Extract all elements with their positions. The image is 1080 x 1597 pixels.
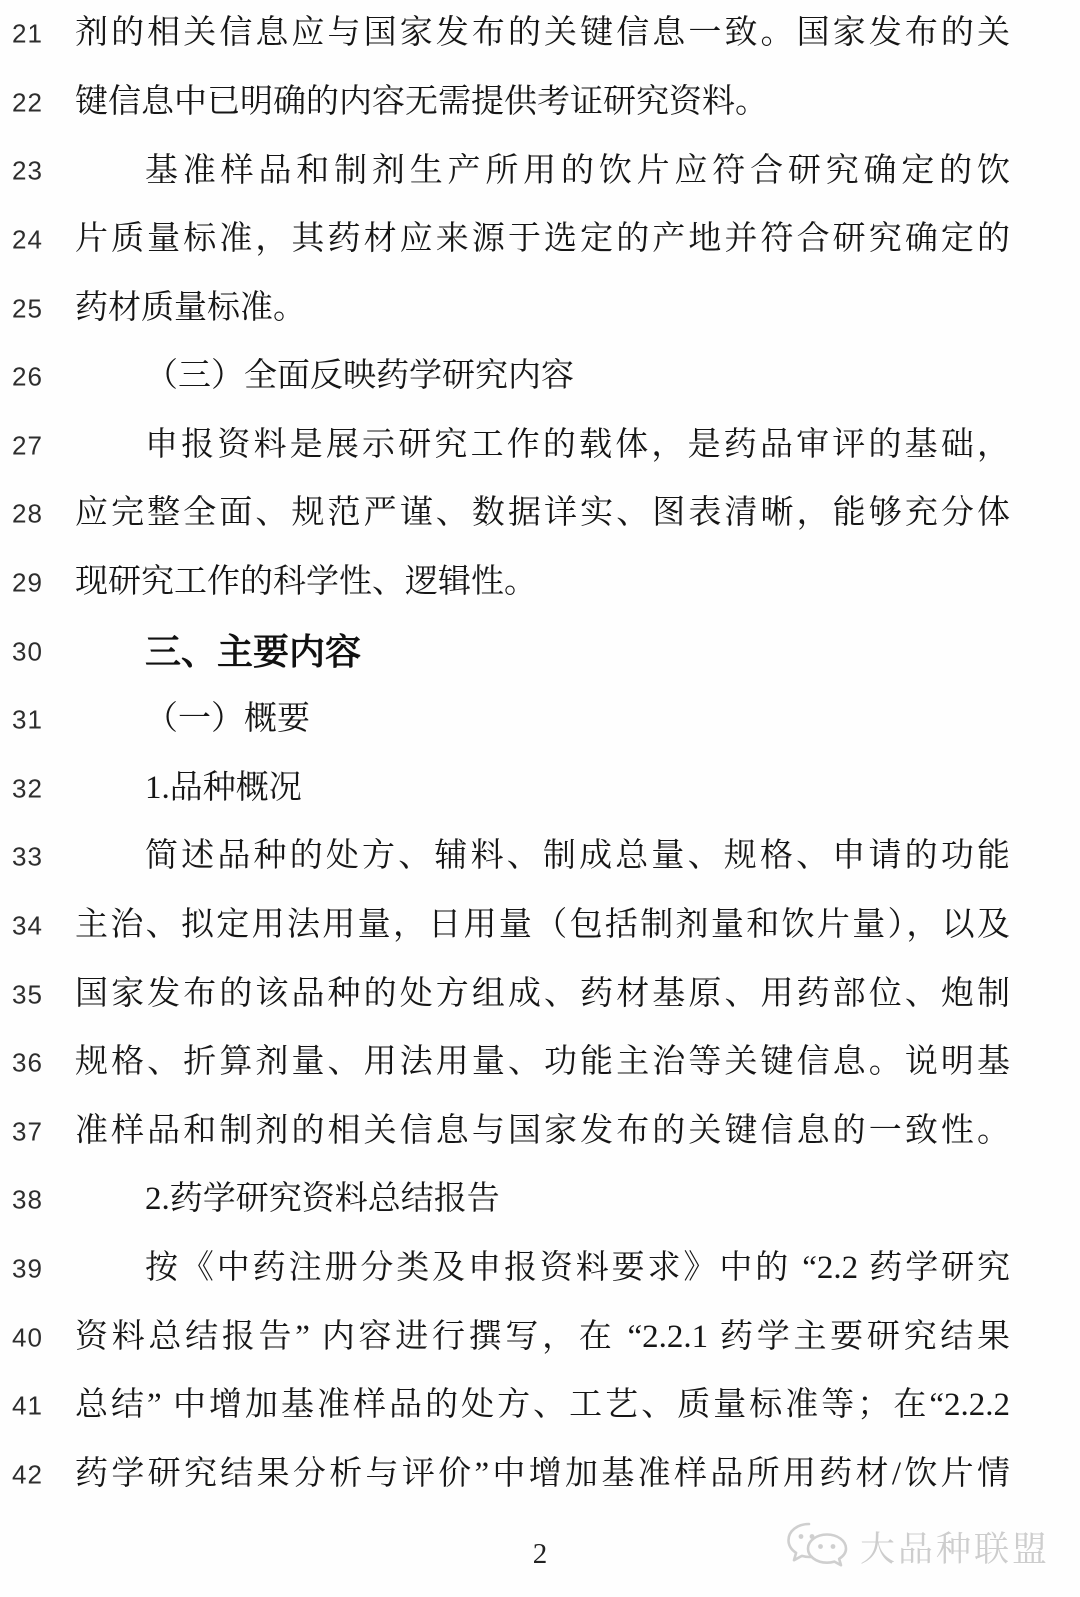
line-text: 药学研究结果分析与评价”中增加基准样品所用药材/饮片情 — [75, 1456, 1010, 1494]
text-line: 27 申报资料是展示研究工作的载体，是药品审评的基础， — [0, 412, 1080, 481]
line-text: 资料总结报告” 内容进行撰写，在 “2.2.1 药学主要研究结果 — [75, 1319, 1010, 1357]
line-number: 21 — [12, 19, 43, 50]
line-number: 32 — [12, 773, 43, 804]
text-line: 38 2.药学研究资料总结报告 — [0, 1166, 1080, 1235]
text-line: 41 总结” 中增加基准样品的处方、工艺、质量标准等；在“2.2.2 — [0, 1372, 1080, 1441]
text-line: 37 准样品和制剂的相关信息与国家发布的关键信息的一致性。 — [0, 1098, 1080, 1167]
text-line: 30 三、主要内容 — [0, 617, 1080, 686]
line-text: 现研究工作的科学性、逻辑性。 — [75, 564, 1010, 602]
line-number: 22 — [12, 87, 43, 118]
line-text: （一）概要 — [75, 701, 1010, 739]
line-text: 应完整全面、规范严谨、数据详实、图表清晰，能够充分体 — [75, 495, 1010, 533]
line-number: 40 — [12, 1322, 43, 1353]
text-line: 22 键信息中已明确的内容无需提供考证研究资料。 — [0, 69, 1080, 138]
text-line: 26 （三）全面反映药学研究内容 — [0, 343, 1080, 412]
line-number: 36 — [12, 1048, 43, 1079]
text-line: 24 片质量标准，其药材应来源于选定的产地并符合研究确定的 — [0, 206, 1080, 275]
text-line: 32 1.品种概况 — [0, 755, 1080, 824]
line-text: 1.品种概况 — [75, 770, 1010, 808]
text-line: 34 主治、拟定用法用量，日用量（包括制剂量和饮片量），以及 — [0, 892, 1080, 961]
line-text: 剂的相关信息应与国家发布的关键信息一致。国家发布的关 — [75, 15, 1010, 53]
line-text: 键信息中已明确的内容无需提供考证研究资料。 — [75, 84, 1010, 122]
wechat-bubbles-icon — [786, 1521, 850, 1573]
text-line: 39 按《中药注册分类及申报资料要求》中的 “2.2 药学研究 — [0, 1235, 1080, 1304]
line-number: 23 — [12, 156, 43, 187]
line-number: 29 — [12, 568, 43, 599]
text-line: 31 （一）概要 — [0, 686, 1080, 755]
line-number: 33 — [12, 842, 43, 873]
line-number: 35 — [12, 979, 43, 1010]
document-body: 21 剂的相关信息应与国家发布的关键信息一致。国家发布的关 22 键信息中已明确… — [0, 0, 1080, 1509]
line-text: 基准样品和制剂生产所用的饮片应符合研究确定的饮 — [75, 153, 1010, 191]
line-number: 42 — [12, 1459, 43, 1490]
text-line: 35 国家发布的该品种的处方组成、药材基原、用药部位、炮制 — [0, 960, 1080, 1029]
line-number: 41 — [12, 1391, 43, 1422]
line-text: 药材质量标准。 — [75, 290, 1010, 328]
line-text: 三、主要内容 — [75, 631, 1010, 672]
line-number: 27 — [12, 430, 43, 461]
line-text: 片质量标准，其药材应来源于选定的产地并符合研究确定的 — [75, 221, 1010, 259]
page-footer: 2 大品种联盟 — [0, 1507, 1080, 1597]
text-line: 29 现研究工作的科学性、逻辑性。 — [0, 549, 1080, 618]
line-text: 规格、折算剂量、用法用量、功能主治等关键信息。说明基 — [75, 1044, 1010, 1082]
line-number: 26 — [12, 362, 43, 393]
line-number: 39 — [12, 1253, 43, 1284]
line-number: 30 — [12, 636, 43, 667]
line-number: 31 — [12, 705, 43, 736]
watermark-label: 大品种联盟 — [860, 1522, 1050, 1572]
text-line: 28 应完整全面、规范严谨、数据详实、图表清晰，能够充分体 — [0, 480, 1080, 549]
line-number: 38 — [12, 1185, 43, 1216]
line-number: 34 — [12, 911, 43, 942]
text-line: 25 药材质量标准。 — [0, 274, 1080, 343]
text-line: 36 规格、折算剂量、用法用量、功能主治等关键信息。说明基 — [0, 1029, 1080, 1098]
line-text: （三）全面反映药学研究内容 — [75, 358, 1010, 396]
line-number: 25 — [12, 293, 43, 324]
line-number: 24 — [12, 225, 43, 256]
line-text: 按《中药注册分类及申报资料要求》中的 “2.2 药学研究 — [75, 1250, 1010, 1288]
line-text: 申报资料是展示研究工作的载体，是药品审评的基础， — [75, 427, 1010, 465]
document-page: 21 剂的相关信息应与国家发布的关键信息一致。国家发布的关 22 键信息中已明确… — [0, 0, 1080, 1597]
line-text: 主治、拟定用法用量，日用量（包括制剂量和饮片量），以及 — [75, 907, 1010, 945]
line-number: 28 — [12, 499, 43, 530]
text-line: 42 药学研究结果分析与评价”中增加基准样品所用药材/饮片情 — [0, 1440, 1080, 1509]
text-line: 33 简述品种的处方、辅料、制成总量、规格、申请的功能 — [0, 823, 1080, 892]
text-line: 21 剂的相关信息应与国家发布的关键信息一致。国家发布的关 — [0, 0, 1080, 69]
line-text: 准样品和制剂的相关信息与国家发布的关键信息的一致性。 — [75, 1113, 1010, 1151]
text-line: 23 基准样品和制剂生产所用的饮片应符合研究确定的饮 — [0, 137, 1080, 206]
line-text: 简述品种的处方、辅料、制成总量、规格、申请的功能 — [75, 838, 1010, 876]
text-line: 40 资料总结报告” 内容进行撰写，在 “2.2.1 药学主要研究结果 — [0, 1303, 1080, 1372]
line-text: 总结” 中增加基准样品的处方、工艺、质量标准等；在“2.2.2 — [75, 1387, 1010, 1425]
watermark: 大品种联盟 — [786, 1521, 1050, 1573]
line-text: 国家发布的该品种的处方组成、药材基原、用药部位、炮制 — [75, 976, 1010, 1014]
line-text: 2.药学研究资料总结报告 — [75, 1181, 1010, 1219]
line-number: 37 — [12, 1116, 43, 1147]
